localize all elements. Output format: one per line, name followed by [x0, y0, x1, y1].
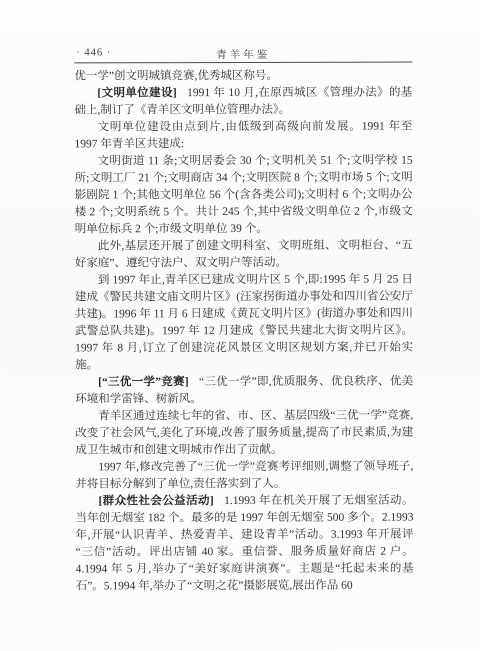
paragraph-entry: [“三优一学”竞赛]“三优一学”即,优质服务、优良秩序、优美环境和学雷锋、树新风…: [75, 374, 413, 409]
paragraph: 到 1997 年止,青羊区已建成文明片区 5 个,即:1995 年 5 月 25…: [75, 272, 413, 375]
paragraph-text: 优一学”创文明城镇竞赛,优秀城区称号。: [74, 70, 278, 83]
entry-heading: [文明单位建设]: [97, 87, 176, 99]
running-head: · 446 · 青羊年鉴: [74, 44, 412, 64]
entry-heading: [“三优一学”竞赛]: [98, 376, 189, 388]
paragraph-text: 1.1993 年在机关开展了无烟室活动。当年创无烟室 182 个。最多的是 19…: [75, 495, 413, 593]
body-text: 优一学”创文明城镇竞赛,优秀城区称号。 [文明单位建设]1991 年 10 月,…: [74, 63, 413, 596]
paragraph: 青羊区通过连续七年的省、市、区、基层四级“三优一学”竞赛,改变了社会风气,美化了…: [75, 408, 413, 460]
paragraph-text: 此外,基层还开展了创建文明科室、文明班组、文明柜台、“五好家庭”、遵纪守法户、双…: [75, 240, 413, 270]
entry-heading: [群众性社会公益活动]: [98, 495, 213, 507]
paragraph-text: 文明单位建设由点到片,由低级到高级向前发展。1991 年至 1997 年青羊区共…: [75, 121, 413, 151]
paragraph-text: 到 1997 年止,青羊区已建成文明片区 5 个,即:1995 年 5 月 25…: [75, 274, 413, 372]
paragraph-text: 文明街道 11 条;文明居委会 30 个;文明机关 51 个;文明学校 15 所…: [75, 155, 413, 236]
page-content: · 446 · 青羊年鉴 优一学”创文明城镇竞赛,优秀城区称号。 [文明单位建设…: [74, 44, 413, 596]
paragraph: 此外,基层还开展了创建文明科室、文明班组、文明柜台、“五好家庭”、遵纪守法户、双…: [75, 238, 413, 273]
book-title: 青羊年鉴: [74, 47, 412, 63]
paragraph-entry: [文明单位建设]1991 年 10 月,在原西城区《管理办法》的基础上,制订了《…: [74, 85, 412, 120]
scanned-yearbook-page: · 446 · 青羊年鉴 优一学”创文明城镇竞赛,优秀城区称号。 [文明单位建设…: [0, 0, 480, 651]
paragraph-continuation: 优一学”创文明城镇竞赛,优秀城区称号。: [74, 68, 412, 86]
paragraph-entry: [群众性社会公益活动]1.1993 年在机关开展了无烟室活动。当年创无烟室 18…: [75, 493, 413, 596]
paragraph: 文明单位建设由点到片,由低级到高级向前发展。1991 年至 1997 年青羊区共…: [74, 119, 412, 154]
paragraph: 1997 年,修改完善了“三优一学”竞赛考评细则,调整了领导班子,并将目标分解到…: [75, 459, 413, 494]
paragraph-text: 1997 年,修改完善了“三优一学”竞赛考评细则,调整了领导班子,并将目标分解到…: [75, 461, 413, 491]
paragraph: 文明街道 11 条;文明居委会 30 个;文明机关 51 个;文明学校 15 所…: [75, 153, 413, 239]
paragraph-text: 青羊区通过连续七年的省、市、区、基层四级“三优一学”竞赛,改变了社会风气,美化了…: [75, 410, 413, 457]
